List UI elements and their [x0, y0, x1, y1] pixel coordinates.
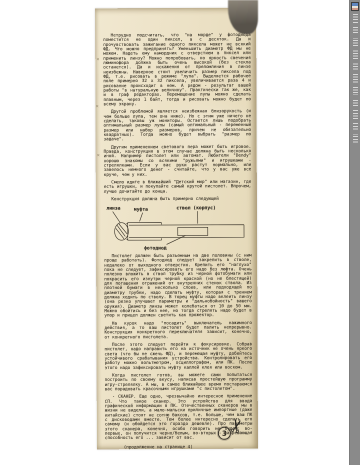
paragraph-assembly: Пистолет должен быть разъемным на две по… — [104, 254, 252, 319]
light-gun-diagram: линза муфта ствол (корпус) фотодиод — [104, 203, 252, 251]
collapsed-panel-strip[interactable] — [349, 0, 360, 465]
leader-line — [113, 212, 121, 223]
continuation-note: (продолжение на странице 4) — [124, 444, 253, 449]
viewer-window: × × × Нетрудно подсчитать, что "на морде… — [0, 0, 360, 465]
diagram-label-photodiode: фотодиод — [144, 245, 167, 252]
paragraph-toy-shop: Смело идите в ближайший "Детский мир" ил… — [104, 180, 252, 194]
vertical-title-marks — [353, 14, 358, 146]
paragraph-magnifier-size: Другой проблемой является неизбежная бли… — [103, 109, 251, 142]
lens-hatching — [116, 224, 127, 239]
pencil-mark: × — [96, 56, 99, 61]
leader-line — [167, 236, 186, 245]
diagram-label-barrel: ствол (корпус) — [176, 205, 215, 211]
paragraph-light-pen-pixels: Нетрудно подсчитать, что "на морде" у фо… — [103, 33, 251, 107]
scanned-page: × × × Нетрудно подсчитать, что "на морде… — [95, 8, 258, 450]
paragraph-focusing: После этого следует перейти к фокусировк… — [104, 342, 252, 370]
photodiode-shape — [178, 227, 208, 235]
paragraph-game-use: Другим применением светового пера может … — [104, 144, 252, 177]
pencil-mark: × — [97, 152, 100, 157]
diagram-label-sleeve: муфта — [134, 206, 148, 213]
page-thumbnail-icon[interactable] — [351, 2, 359, 11]
leader-line — [140, 213, 143, 222]
article-text: Нетрудно подсчитать, что "на морде" у фо… — [103, 30, 252, 453]
diagram-label-lens: линза — [106, 207, 120, 212]
paragraph-trigger-switch: На курок надо "посадить" выключатель наж… — [104, 321, 252, 340]
paragraph-games-promise: Когда пистолет готов, вы можете сами поп… — [105, 373, 253, 392]
pencil-mark: × — [95, 103, 98, 108]
paragraph-construction-intro: Конструкция должна быть примерно следующ… — [104, 196, 252, 201]
